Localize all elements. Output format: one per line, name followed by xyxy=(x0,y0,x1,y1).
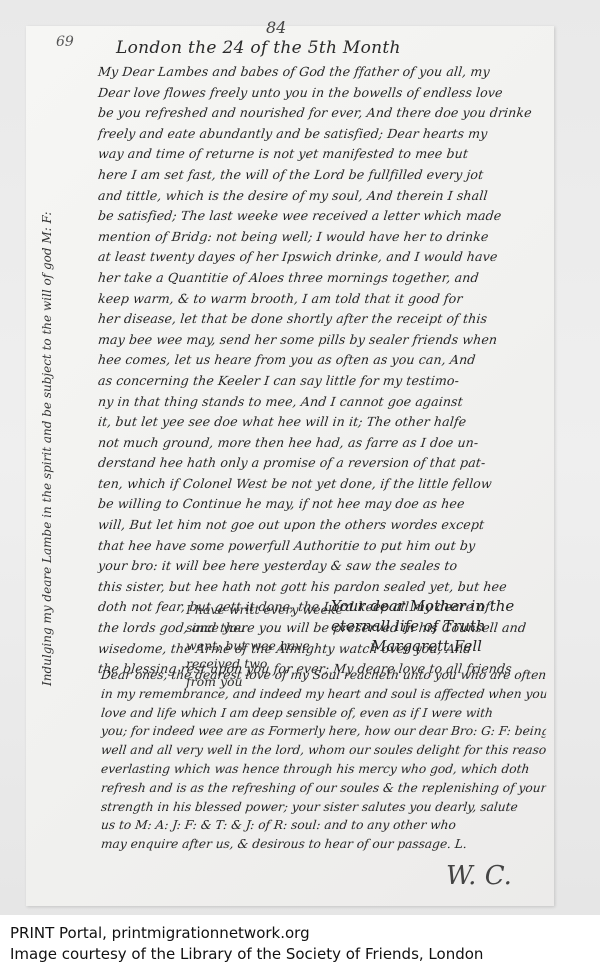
body-line: way and time of returne is not yet manif… xyxy=(97,144,549,165)
postscript-line: in my remembrance, and indeed my heart a… xyxy=(100,685,547,704)
body-line: her disease, let that be done shortly af… xyxy=(97,309,549,330)
body-line: not much ground, more then hee had, as f… xyxy=(97,433,549,454)
body-line: as concerning the Keeler I can say littl… xyxy=(97,371,549,392)
postscript-line: us to M: A: J: F: & T: & J: of R: soul: … xyxy=(100,816,547,835)
caption-source: PRINT Portal, printmigrationnetwork.org xyxy=(10,923,483,944)
body-line: mention of Bridg: not being well; I woul… xyxy=(97,227,549,248)
postscript-line: love and life which I am deep sensible o… xyxy=(100,704,547,723)
initials: W. C. xyxy=(446,861,512,891)
body-line: this sister, but hee hath not gott his p… xyxy=(97,577,549,598)
body-line: My Dear Lambes and babes of God the ffat… xyxy=(97,62,549,83)
body-line: ny in that thing stands to mee, And I ca… xyxy=(97,392,549,413)
closing-line: I have writt every weeke since you xyxy=(186,601,346,637)
body-line: at least twenty dayes of her Ipswich dri… xyxy=(97,247,549,268)
body-line: your bro: it will bee here yesterday & s… xyxy=(97,556,549,577)
postscript-line: you; for indeed wee are as Formerly here… xyxy=(100,722,547,741)
signature-line: Your dear Mother in the xyxy=(331,596,514,616)
postscript: Dear ones, the dearest love of my Soul r… xyxy=(101,666,546,854)
body-line: it, but let yee see doe what hee will in… xyxy=(97,412,549,433)
page-number: 84 xyxy=(266,18,286,37)
body-line: will, But let him not goe out upon the o… xyxy=(97,515,549,536)
margin-note-text: Indulging my deare Lambe in the spirit a… xyxy=(40,212,54,686)
body-line: be willing to Continue he may, if not he… xyxy=(97,494,549,515)
manuscript-photo: 69 84 London the 24 of the 5th Month My … xyxy=(0,0,600,915)
body-line: ten, which if Colonel West be not yet do… xyxy=(97,474,549,495)
postscript-line: Dear ones, the dearest love of my Soul r… xyxy=(100,666,547,685)
letter-dateline: London the 24 of the 5th Month xyxy=(116,38,401,58)
image-caption: PRINT Portal, printmigrationnetwork.org … xyxy=(10,923,483,965)
letter-body: My Dear Lambes and babes of God the ffat… xyxy=(98,62,548,680)
postscript-line: refresh and is as the refreshing of our … xyxy=(100,779,547,798)
postscript-line: may enquire after us, & desirous to hear… xyxy=(100,835,547,854)
postscript-line: strength in his blessed power; your sist… xyxy=(100,798,547,817)
postscript-line: well and all very well in the lord, whom… xyxy=(100,741,547,760)
caption-credit: Image courtesy of the Library of the Soc… xyxy=(10,944,483,965)
postscript-line: everlasting which was hence through his … xyxy=(100,760,547,779)
body-line: here I am set fast, the will of the Lord… xyxy=(97,165,549,186)
body-line: may bee wee may, send her some pills by … xyxy=(97,330,549,351)
body-line: that hee have some powerfull Authoritie … xyxy=(97,536,549,557)
body-line: be you refreshed and nourished for ever,… xyxy=(97,103,549,124)
signature-line: eternall life of Truth xyxy=(331,616,514,636)
body-line: freely and eate abundantly and be satisf… xyxy=(97,124,549,145)
manuscript-page: 69 84 London the 24 of the 5th Month My … xyxy=(26,26,554,906)
body-line: be satisfied; The last weeke wee receive… xyxy=(97,206,549,227)
folio-number: 69 xyxy=(56,34,74,50)
body-line: Dear love flowes freely unto you in the … xyxy=(97,83,549,104)
body-line: hee comes, let us heare from you as ofte… xyxy=(97,350,549,371)
signature-name: Margarett Fell xyxy=(331,636,514,656)
signature-block: Your dear Mother in the eternall life of… xyxy=(331,596,514,656)
body-line: her take a Quantitie of Aloes three morn… xyxy=(97,268,549,289)
body-line: keep warm, & to warm brooth, I am told t… xyxy=(97,289,549,310)
body-line: and tittle, which is the desire of my so… xyxy=(97,186,549,207)
body-line: derstand hee hath only a promise of a re… xyxy=(97,453,549,474)
margin-note: Indulging my deare Lambe in the spirit a… xyxy=(32,266,102,696)
